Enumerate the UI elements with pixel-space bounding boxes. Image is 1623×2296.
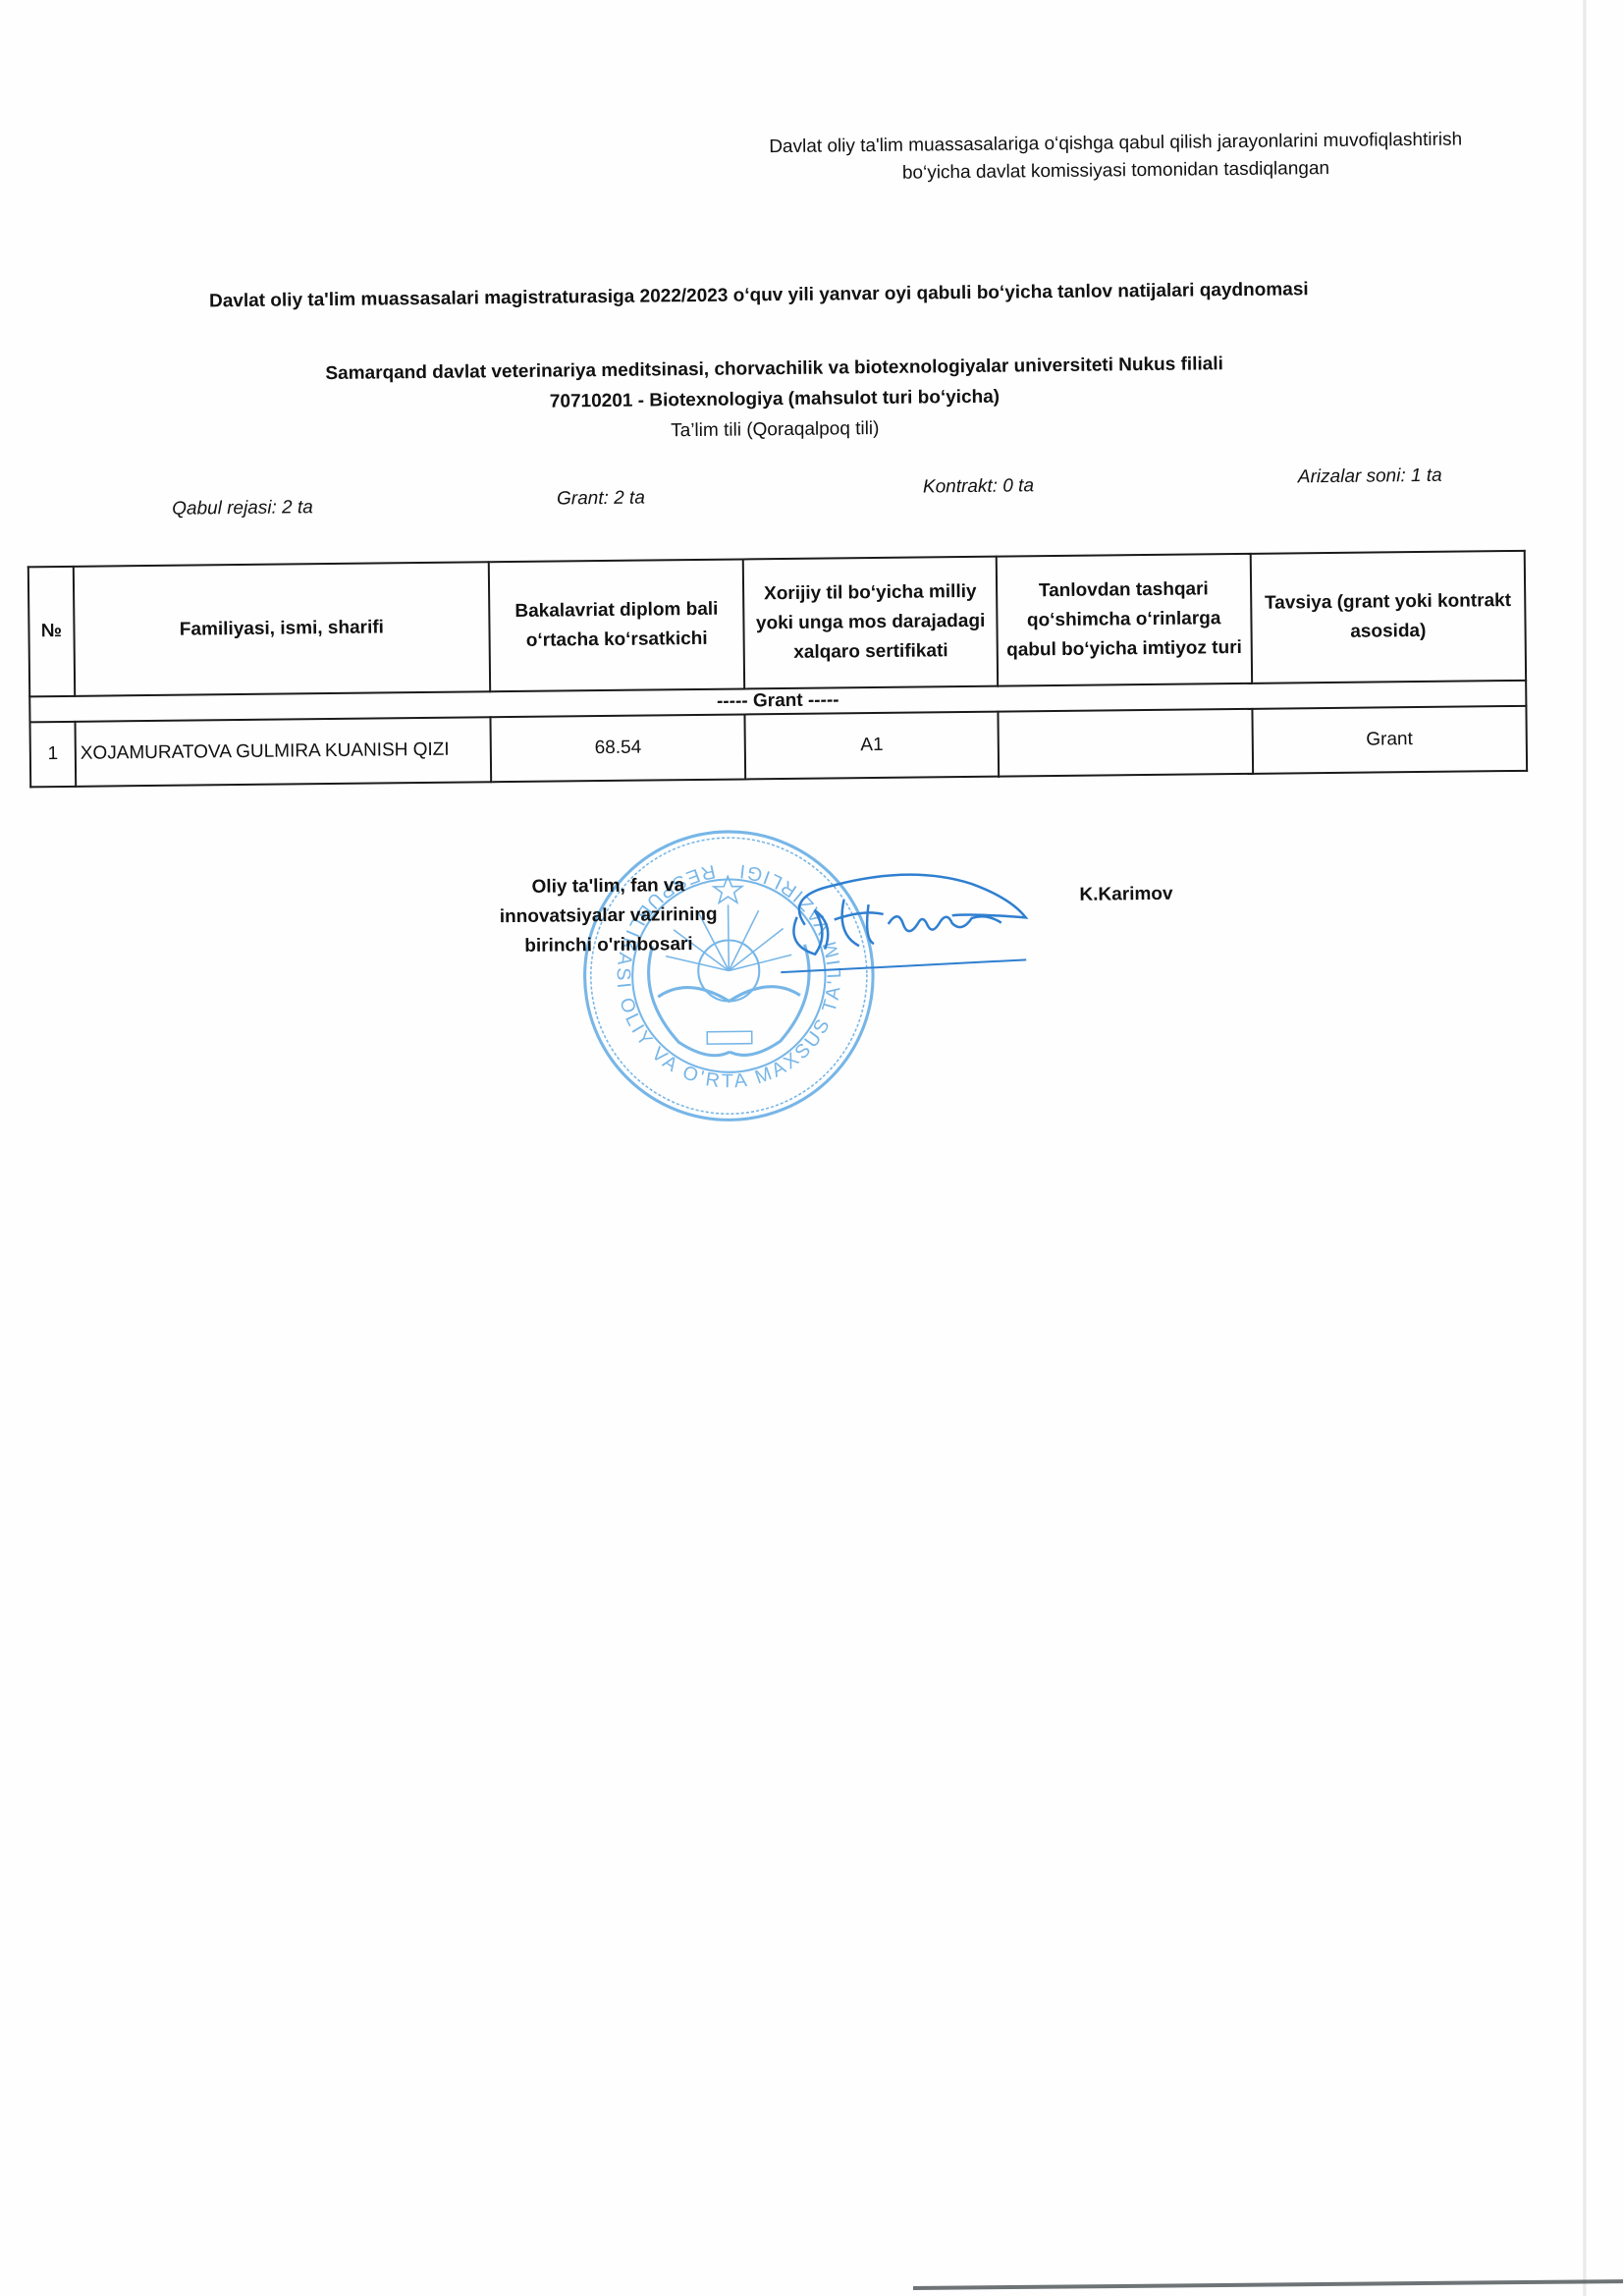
institution-block: Samarqand davlat veterinariya meditsinas… xyxy=(244,348,1306,451)
header-recommendation: Tavsiya (grant yoki kontrakt asosida) xyxy=(1250,551,1526,683)
scan-bottom-edge xyxy=(913,2279,1623,2290)
signatory-title-line-1: Oliy ta'lim, fan va xyxy=(495,871,721,902)
table-header-row: № Familiyasi, ismi, sharifi Bakalavriat … xyxy=(28,551,1526,696)
document-content: Davlat oliy ta'lim muassasalariga o‘qish… xyxy=(0,0,1623,1285)
header-number: № xyxy=(28,567,75,696)
cell-full-name: XOJAMURATOVA GULMIRA KUANISH QIZI xyxy=(75,717,491,787)
document-title: Davlat oliy ta'lim muassasalari magistra… xyxy=(145,279,1373,314)
admission-plan: Qabul rejasi: 2 ta xyxy=(172,497,313,520)
contract-count: Kontrakt: 0 ta xyxy=(923,475,1034,498)
header-language-certificate: Xorijiy til bo‘yicha milliy yoki unga mo… xyxy=(743,557,998,689)
handwritten-signature-icon xyxy=(775,863,1031,974)
cell-privilege-type xyxy=(998,709,1252,777)
document-page: Davlat oliy ta'lim muassasalariga o‘qish… xyxy=(0,0,1623,2296)
applications-count: Arizalar soni: 1 ta xyxy=(1298,465,1442,489)
cell-recommendation: Grant xyxy=(1252,706,1527,774)
signatory-title-line-2: innovatsiyalar vazirining xyxy=(496,901,722,932)
cell-language-certificate: A1 xyxy=(745,712,999,780)
signature-block: RESPUBLIKASI OLIY VA O'RTA MAXSUS TA'LIM… xyxy=(485,859,1234,1181)
signatory-title: Oliy ta'lim, fan va innovatsiyalar vazir… xyxy=(495,871,722,961)
results-table: № Familiyasi, ismi, sharifi Bakalavriat … xyxy=(27,550,1528,788)
cell-diploma-average: 68.54 xyxy=(490,714,745,782)
header-privilege-type: Tanlovdan tashqari qo‘shimcha o‘rinlarga… xyxy=(997,554,1252,686)
grant-count: Grant: 2 ta xyxy=(557,488,645,511)
header-full-name: Familiyasi, ismi, sharifi xyxy=(74,562,490,696)
approval-note: Davlat oliy ta'lim muassasalariga o‘qish… xyxy=(723,126,1509,190)
header-diploma-average: Bakalavriat diplom bali o‘rtacha ko‘rsat… xyxy=(489,559,745,691)
signatory-title-line-3: birinchi o'rinbosari xyxy=(496,930,722,961)
signatory-name: K.Karimov xyxy=(1079,884,1172,906)
cell-number: 1 xyxy=(30,722,77,787)
admission-stats: Qabul rejasi: 2 ta Grant: 2 ta Kontrakt:… xyxy=(0,469,1623,526)
